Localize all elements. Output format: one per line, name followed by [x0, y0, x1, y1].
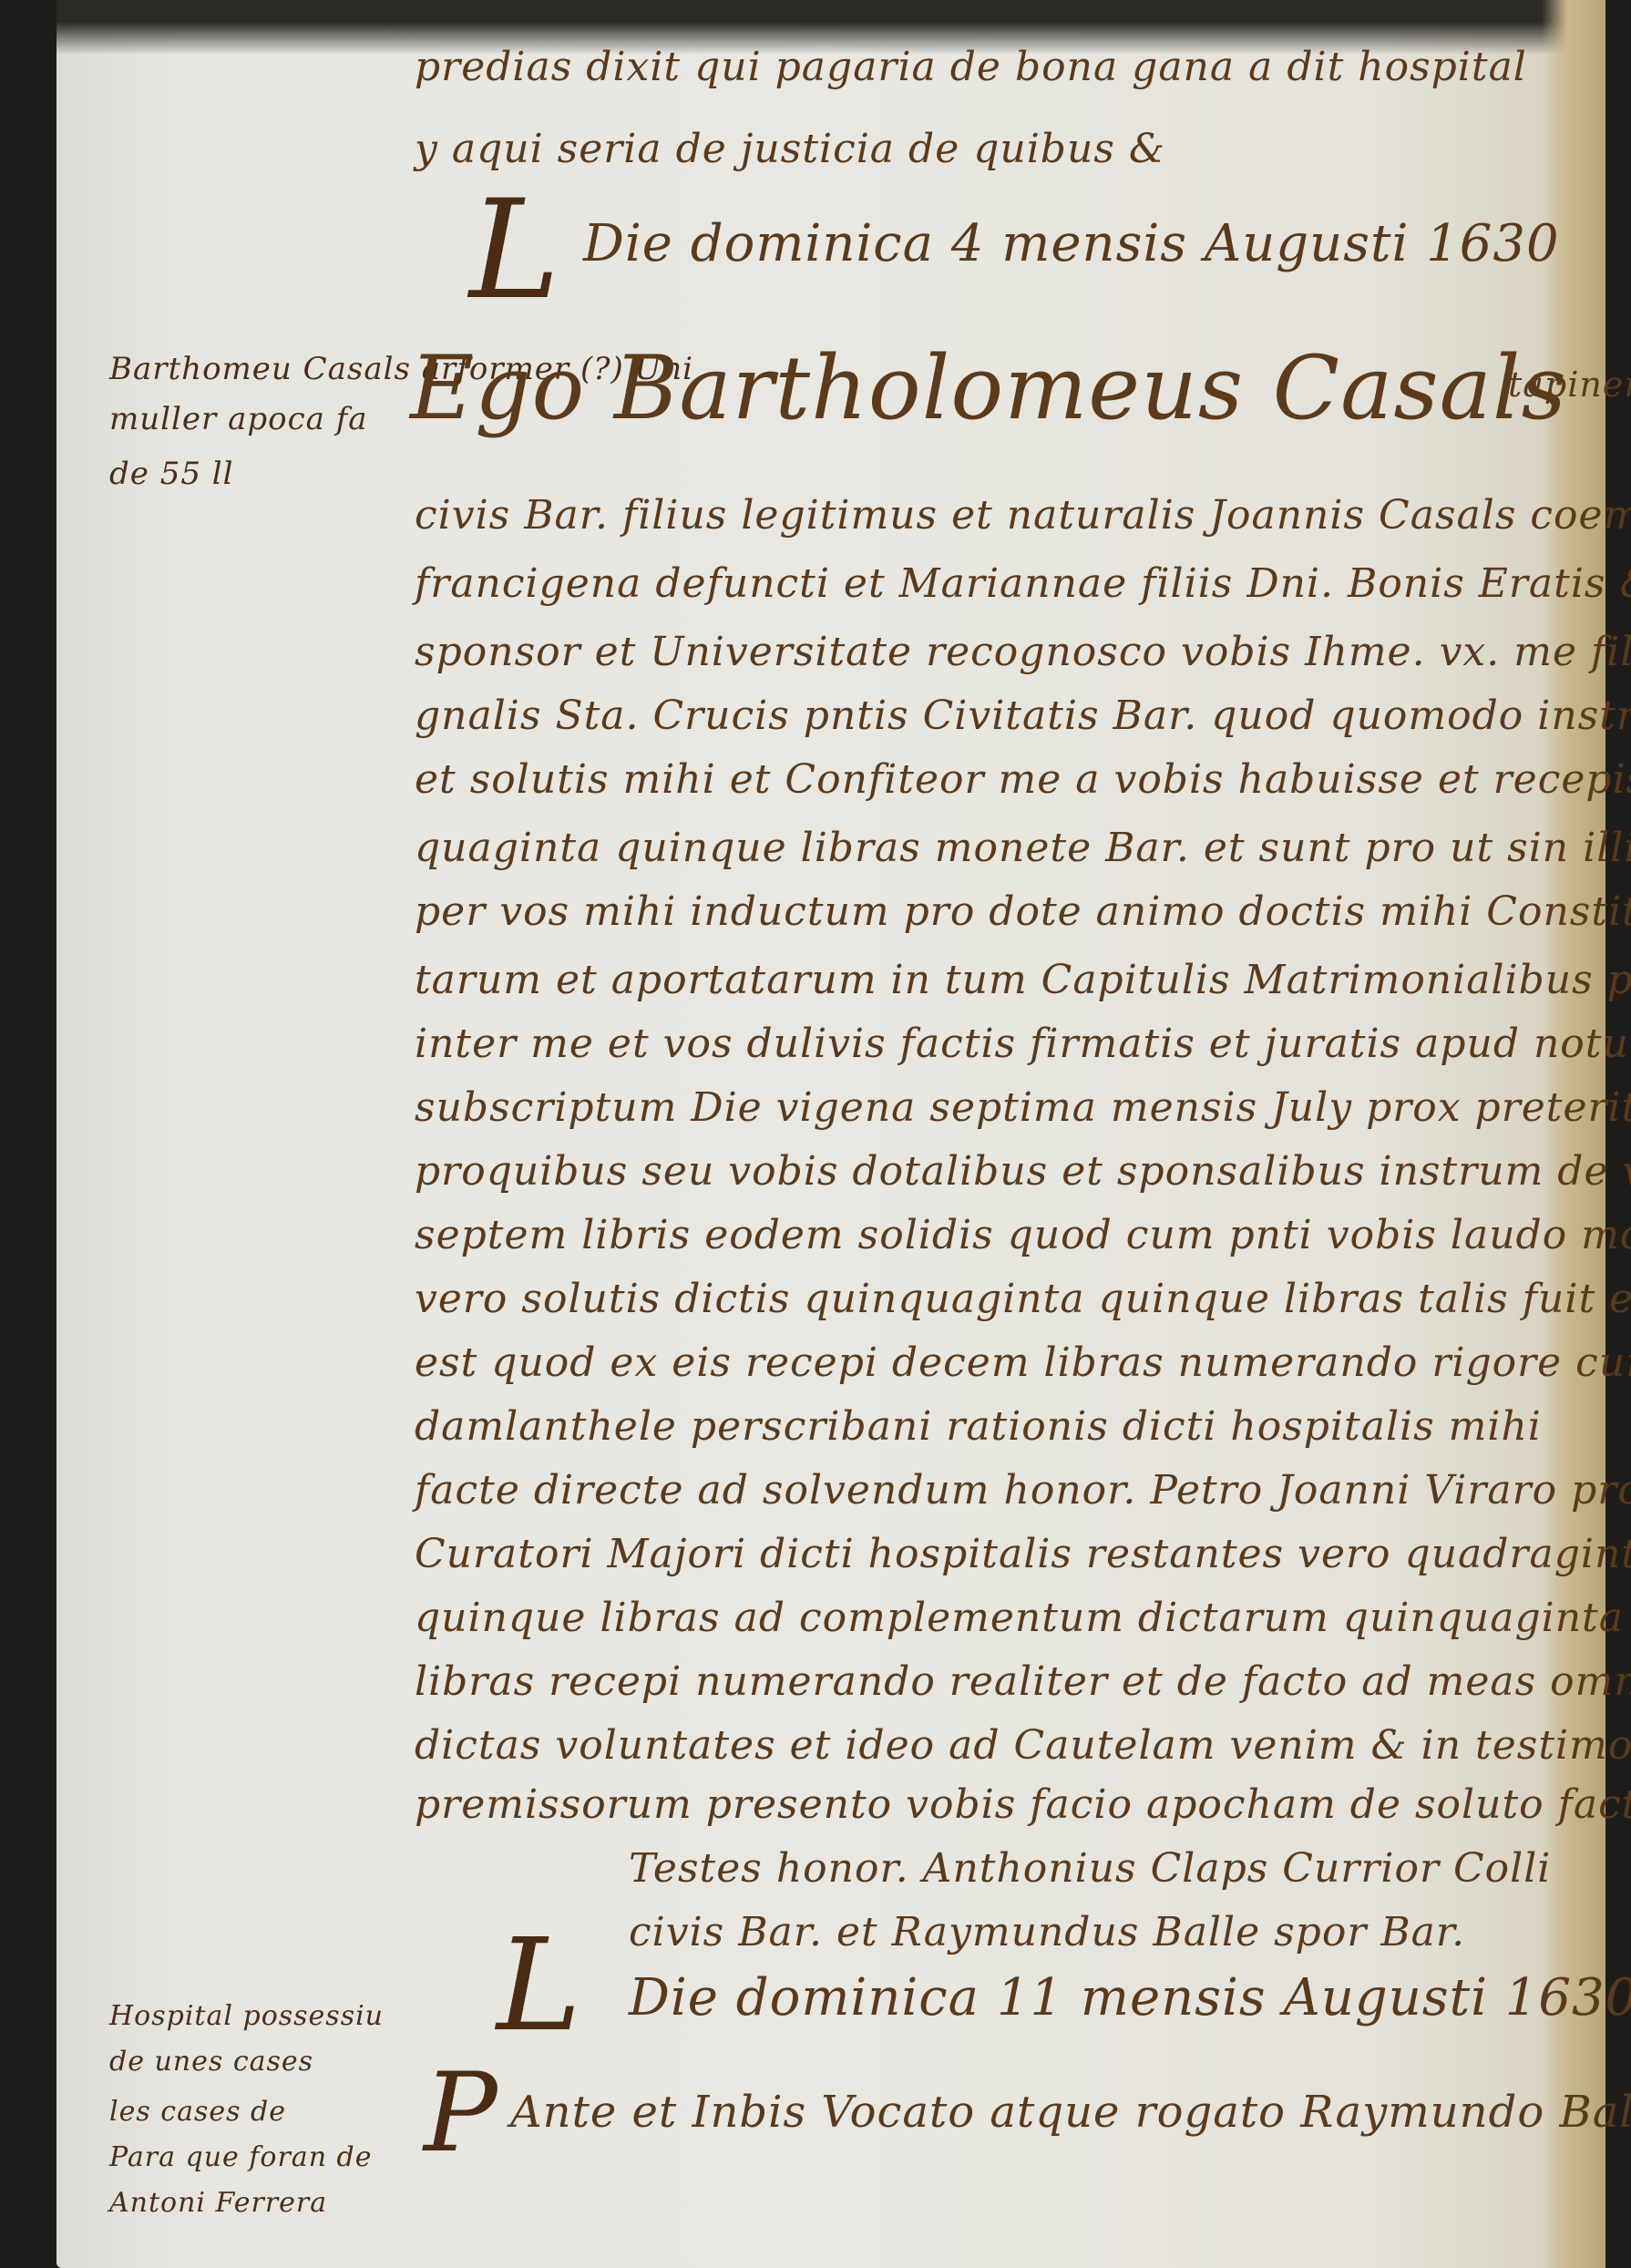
margin-note-2-line-1: Hospital possessiu — [109, 2000, 384, 2032]
body-line-10: subscriptum Die vigena septima mensis Ju… — [415, 1084, 1631, 1131]
body-line-13: vero solutis dictis quinquaginta quinque… — [415, 1276, 1631, 1322]
date-heading-1: Die dominica 4 mensis Augusti 1630 — [583, 214, 1560, 273]
body-line-5: et solutis mihi et Confiteor me a vobis … — [415, 756, 1631, 803]
body-line-18: quinque libras ad complementum dictarum … — [415, 1595, 1631, 1641]
body-line-7: per vos mihi inductum pro dote animo doc… — [415, 888, 1631, 935]
body-line-11: proquibus seu vobis dotalibus et sponsal… — [415, 1148, 1631, 1195]
witness-line-2: civis Bar. et Raymundus Balle spor Bar. — [629, 1909, 1465, 1955]
body-line-17: Curatori Majori dicti hospitalis restant… — [415, 1531, 1631, 1577]
margin-note-2-line-2: de unes cases — [109, 2046, 313, 2078]
margin-note-2-line-4: Para que foran de — [109, 2141, 373, 2173]
body-line-14: est quod ex eis recepi decem libras nume… — [415, 1339, 1631, 1386]
decorative-P-initial: P — [424, 2059, 498, 2169]
date-heading-2: Die dominica 11 mensis Augusti 1630 — [629, 1968, 1631, 2027]
top-line-2: y aqui seria de justicia de quibus & — [415, 126, 1165, 172]
body-line-1: civis Bar. filius legitimus et naturalis… — [415, 492, 1631, 539]
body-line-8: tarum et aportatarum in tum Capitulis Ma… — [415, 957, 1631, 1003]
body-line-6: quaginta quinque libras monete Bar. et s… — [415, 825, 1631, 871]
final-line: Ante et Inbis Vocato atque rogato Raymun… — [510, 2087, 1631, 2138]
witness-line-1: Testes honor. Anthonius Claps Currior Co… — [629, 1845, 1551, 1892]
body-line-12: septem libris eodem solidis quod cum pnt… — [415, 1212, 1631, 1258]
margin-note-2-line-5: Antoni Ferrera — [109, 2187, 327, 2219]
body-line-4: gnalis Sta. Crucis pntis Civitatis Bar. … — [415, 693, 1631, 739]
body-opening-title: Ego Bartholomeus Casals — [410, 337, 1567, 439]
body-line-16: facte directe ad solvendum honor. Petro … — [415, 1467, 1631, 1514]
top-line-1: predias dixit qui pagaria de bona gana a… — [415, 44, 1527, 90]
body-line-21: premissorum presento vobis facio apocham… — [415, 1781, 1631, 1828]
body-line-20: dictas voluntates et ideo ad Cautelam ve… — [415, 1722, 1631, 1769]
margin-note-1-line-2: muller apoca fa — [109, 401, 368, 437]
body-line-3: sponsor et Universitate recognosco vobis… — [415, 629, 1631, 675]
body-opening-tail: tapiner — [1508, 364, 1631, 405]
decorative-L-initial-1: L — [469, 182, 560, 319]
margin-note-2-line-3: les cases de — [109, 2096, 286, 2128]
body-line-19: libras recepi numerando realiter et de f… — [415, 1658, 1631, 1705]
decorative-L-initial-2: L — [497, 1923, 581, 2050]
body-line-15: damlanthele perscribani rationis dicti h… — [415, 1403, 1542, 1450]
body-line-2: francigena defuncti et Mariannae filiis … — [415, 560, 1631, 607]
body-line-9: inter me et vos dulivis factis firmatis … — [415, 1021, 1631, 1067]
margin-note-1-line-3: de 55 ll — [109, 456, 234, 492]
